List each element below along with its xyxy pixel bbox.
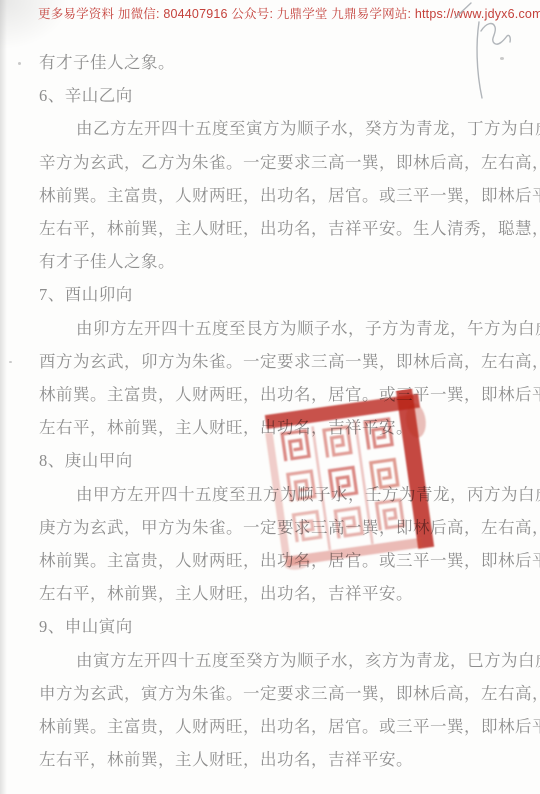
paper-speck <box>9 361 12 363</box>
section-heading: 7、酉山卯向 <box>39 278 511 311</box>
paper-speck <box>18 62 21 65</box>
text-line: 有才子佳人之象。 <box>39 46 511 79</box>
text-line: 由甲方左开四十五度至丑方为顺子水，壬方为青龙，丙方为白虎， <box>39 478 511 511</box>
text-line: 左右平，林前巽，主人财旺，出功名，吉祥平安。生人清秀，聪慧， <box>39 212 511 245</box>
text-line: 辛方为玄武，乙方为朱雀。一定要求三高一巽，即林后高，左右高， <box>39 146 511 179</box>
text-line: 庚方为玄武，甲方为朱雀。一定要求三高一巽，即林后高，左右高， <box>39 511 511 544</box>
scanned-document-page: 更多易学资料 加微信: 804407916 公众号: 九鼎学堂 九鼎易学网站: … <box>0 0 540 794</box>
text-line: 由乙方左开四十五度至寅方为顺子水，癸方为青龙，丁方为白虎， <box>39 112 511 145</box>
section-heading: 9、申山寅向 <box>39 610 511 643</box>
text-line: 林前巽。主富贵，人财两旺，出功名，居官。或三平一巽，即林后平， <box>39 544 511 577</box>
text-line: 申方为玄武，寅方为朱雀。一定要求三高一巽，即林后高，左右高， <box>39 677 511 710</box>
text-line: 左右平，林前巽，主人财旺，出功名，吉祥平安。 <box>39 577 511 610</box>
text-line: 林前巽。主富贵，人财两旺，出功名，居官。或三平一巽，即林后平， <box>39 179 511 212</box>
text-line: 林前巽。主富贵，人财两旺，出功名，居官。或三平一巽，即林后平， <box>39 378 511 411</box>
text-line: 由寅方左开四十五度至癸方为顺子水，亥方为青龙，巳方为白虎， <box>39 644 511 677</box>
text-line: 由卯方左开四十五度至艮方为顺子水，子方为青龙，午方为白虎， <box>39 312 511 345</box>
watermark-header: 更多易学资料 加微信: 804407916 公众号: 九鼎学堂 九鼎易学网站: … <box>38 4 508 22</box>
section-heading: 8、庚山甲向 <box>39 444 511 477</box>
watermark-header-text: 更多易学资料 加微信: 804407916 公众号: 九鼎学堂 九鼎易学网站: … <box>38 7 540 21</box>
page-left-edge-shadow <box>0 0 7 794</box>
section-heading: 6、辛山乙向 <box>39 79 511 112</box>
text-line: 左右平，林前巽，主人财旺，出功名，吉祥平安。 <box>39 743 511 776</box>
text-line: 林前巽。主富贵，人财两旺，出功名，居官。或三平一巽，即林后平， <box>39 710 511 743</box>
text-line: 左右平，林前巽，主人财旺，出功名，吉祥平安。 <box>39 411 511 444</box>
text-line: 酉方为玄武，卯方为朱雀。一定要求三高一巽，即林后高，左右高， <box>39 345 511 378</box>
document-body: 有才子佳人之象。6、辛山乙向由乙方左开四十五度至寅方为顺子水，癸方为青龙，丁方为… <box>39 46 511 776</box>
text-line: 有才子佳人之象。 <box>39 245 511 278</box>
